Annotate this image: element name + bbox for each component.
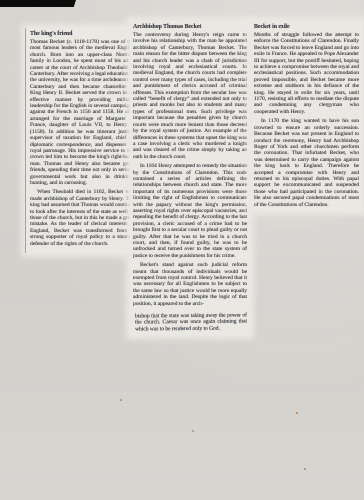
paragraph-becket-archbishop: When Theobald died in 1162, Becket was m… (30, 189, 134, 247)
scan-speck-orange (296, 412, 298, 414)
column-becket-in-exile: Becket in exile Months of struggle follo… (251, 21, 362, 211)
column-archbishop-thomas-becket: Archbishop Thomas Becket The controversy… (130, 21, 250, 335)
paragraph-offset-fragment: bishop that the state was taking away th… (133, 313, 247, 333)
scan-speck (192, 430, 194, 432)
paragraph-exile-struggle: Months of struggle followed the attempt … (254, 32, 359, 115)
section-heading-exile: Becket in exile (254, 24, 359, 31)
scan-artifact-black-bar (0, 0, 76, 7)
scan-speck (120, 399, 122, 401)
paragraph-controversy: The controversy during Henry's reign cam… (133, 32, 247, 160)
paragraph-constitutions-1164: In 1164 Henry attempted to remedy the si… (133, 163, 247, 259)
section-heading-kings-friend: The king's friend (30, 31, 134, 38)
scanned-page: { "page": { "background_color": "#d2d0cb… (0, 0, 364, 500)
scan-speck (304, 468, 306, 470)
section-heading-archbishop: Archbishop Thomas Becket (133, 24, 247, 31)
paragraph-beckets-stand: Becket's stand against such judicial ref… (133, 262, 247, 307)
column-kings-friend: The king's friend Thomas Becket (c. 1118… (25, 28, 137, 253)
paragraph-coronation-1170: In 1170 the king wanted to have his son … (254, 118, 359, 208)
paragraph-becket-career: Thomas Becket (c. 1118-1170) was one of … (30, 39, 134, 186)
